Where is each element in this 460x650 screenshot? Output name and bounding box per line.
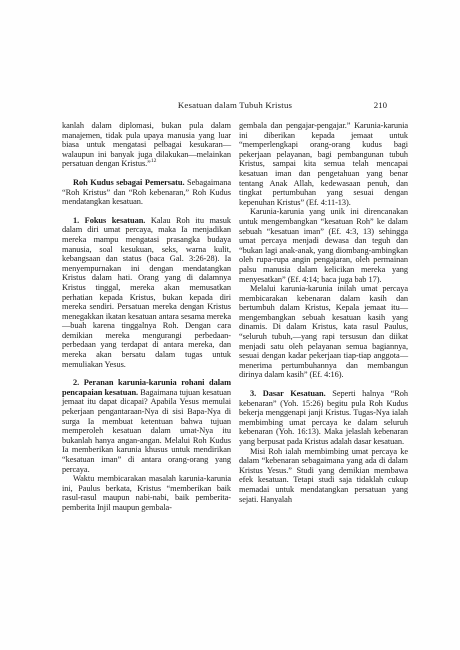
page-number: 210 bbox=[374, 100, 387, 111]
paragraph-text: Kalau Roh itu masuk dalam diri umat perc… bbox=[62, 216, 231, 369]
paragraph: kanlah dalam diplomasi, bukan pula dalam… bbox=[62, 121, 231, 169]
paragraph: Roh Kudus sebagai Pemersatu. Sebagaimana… bbox=[62, 178, 231, 207]
paragraph: Karunia-karunia yang unik ini direncanak… bbox=[239, 207, 408, 284]
paragraph-text: Misi Roh ialah membimbing umat percaya k… bbox=[239, 447, 408, 504]
book-page: Kesatuan dalam Tubuh Kristus 210 kanlah … bbox=[0, 0, 460, 650]
paragraph-lead: 1. Fokus kesatuan. bbox=[73, 216, 145, 225]
paragraph-text: Karunia-karunia yang unik ini direncanak… bbox=[239, 207, 408, 283]
paragraph: 3. Dasar Kesatuan. Seperti halnya “Roh k… bbox=[239, 389, 408, 447]
footnote-reference: 12 bbox=[151, 159, 157, 165]
right-column: gembala dan pengajar-pengajar.” Karunia-… bbox=[239, 121, 408, 513]
paragraph: gembala dan pengajar-pengajar.” Karunia-… bbox=[239, 121, 408, 207]
paragraph-text: Bagaimana tujuan kesatuan jemaat itu dap… bbox=[62, 388, 231, 474]
paragraph: Melalui karunia-karunia inilah umat perc… bbox=[239, 284, 408, 380]
paragraph-text: kanlah dalam diplomasi, bukan pula dalam… bbox=[62, 121, 231, 168]
paragraph-text: Melalui karunia-karunia inilah umat perc… bbox=[239, 284, 408, 379]
running-header: Kesatuan dalam Tubuh Kristus 210 bbox=[62, 100, 408, 114]
text-columns: kanlah dalam diplomasi, bukan pula dalam… bbox=[62, 121, 408, 513]
paragraph-lead: 3. Dasar Kesatuan. bbox=[250, 389, 326, 398]
paragraph: Misi Roh ialah membimbing umat percaya k… bbox=[239, 447, 408, 505]
paragraph: 2. Peranan karunia-karunia rohani dalam … bbox=[62, 378, 231, 474]
paragraph-lead: Roh Kudus sebagai Pemersatu. bbox=[73, 178, 184, 187]
paragraph: Waktu membicarakan masalah karunia-karun… bbox=[62, 474, 231, 512]
paragraph: 1. Fokus kesatuan. Kalau Roh itu masuk d… bbox=[62, 216, 231, 370]
running-title: Kesatuan dalam Tubuh Kristus bbox=[62, 100, 408, 111]
left-column: kanlah dalam diplomasi, bukan pula dalam… bbox=[62, 121, 231, 513]
paragraph-text: Waktu membicarakan masalah karunia-karun… bbox=[62, 474, 231, 512]
paragraph-text: gembala dan pengajar-pengajar.” Karunia-… bbox=[239, 121, 408, 207]
